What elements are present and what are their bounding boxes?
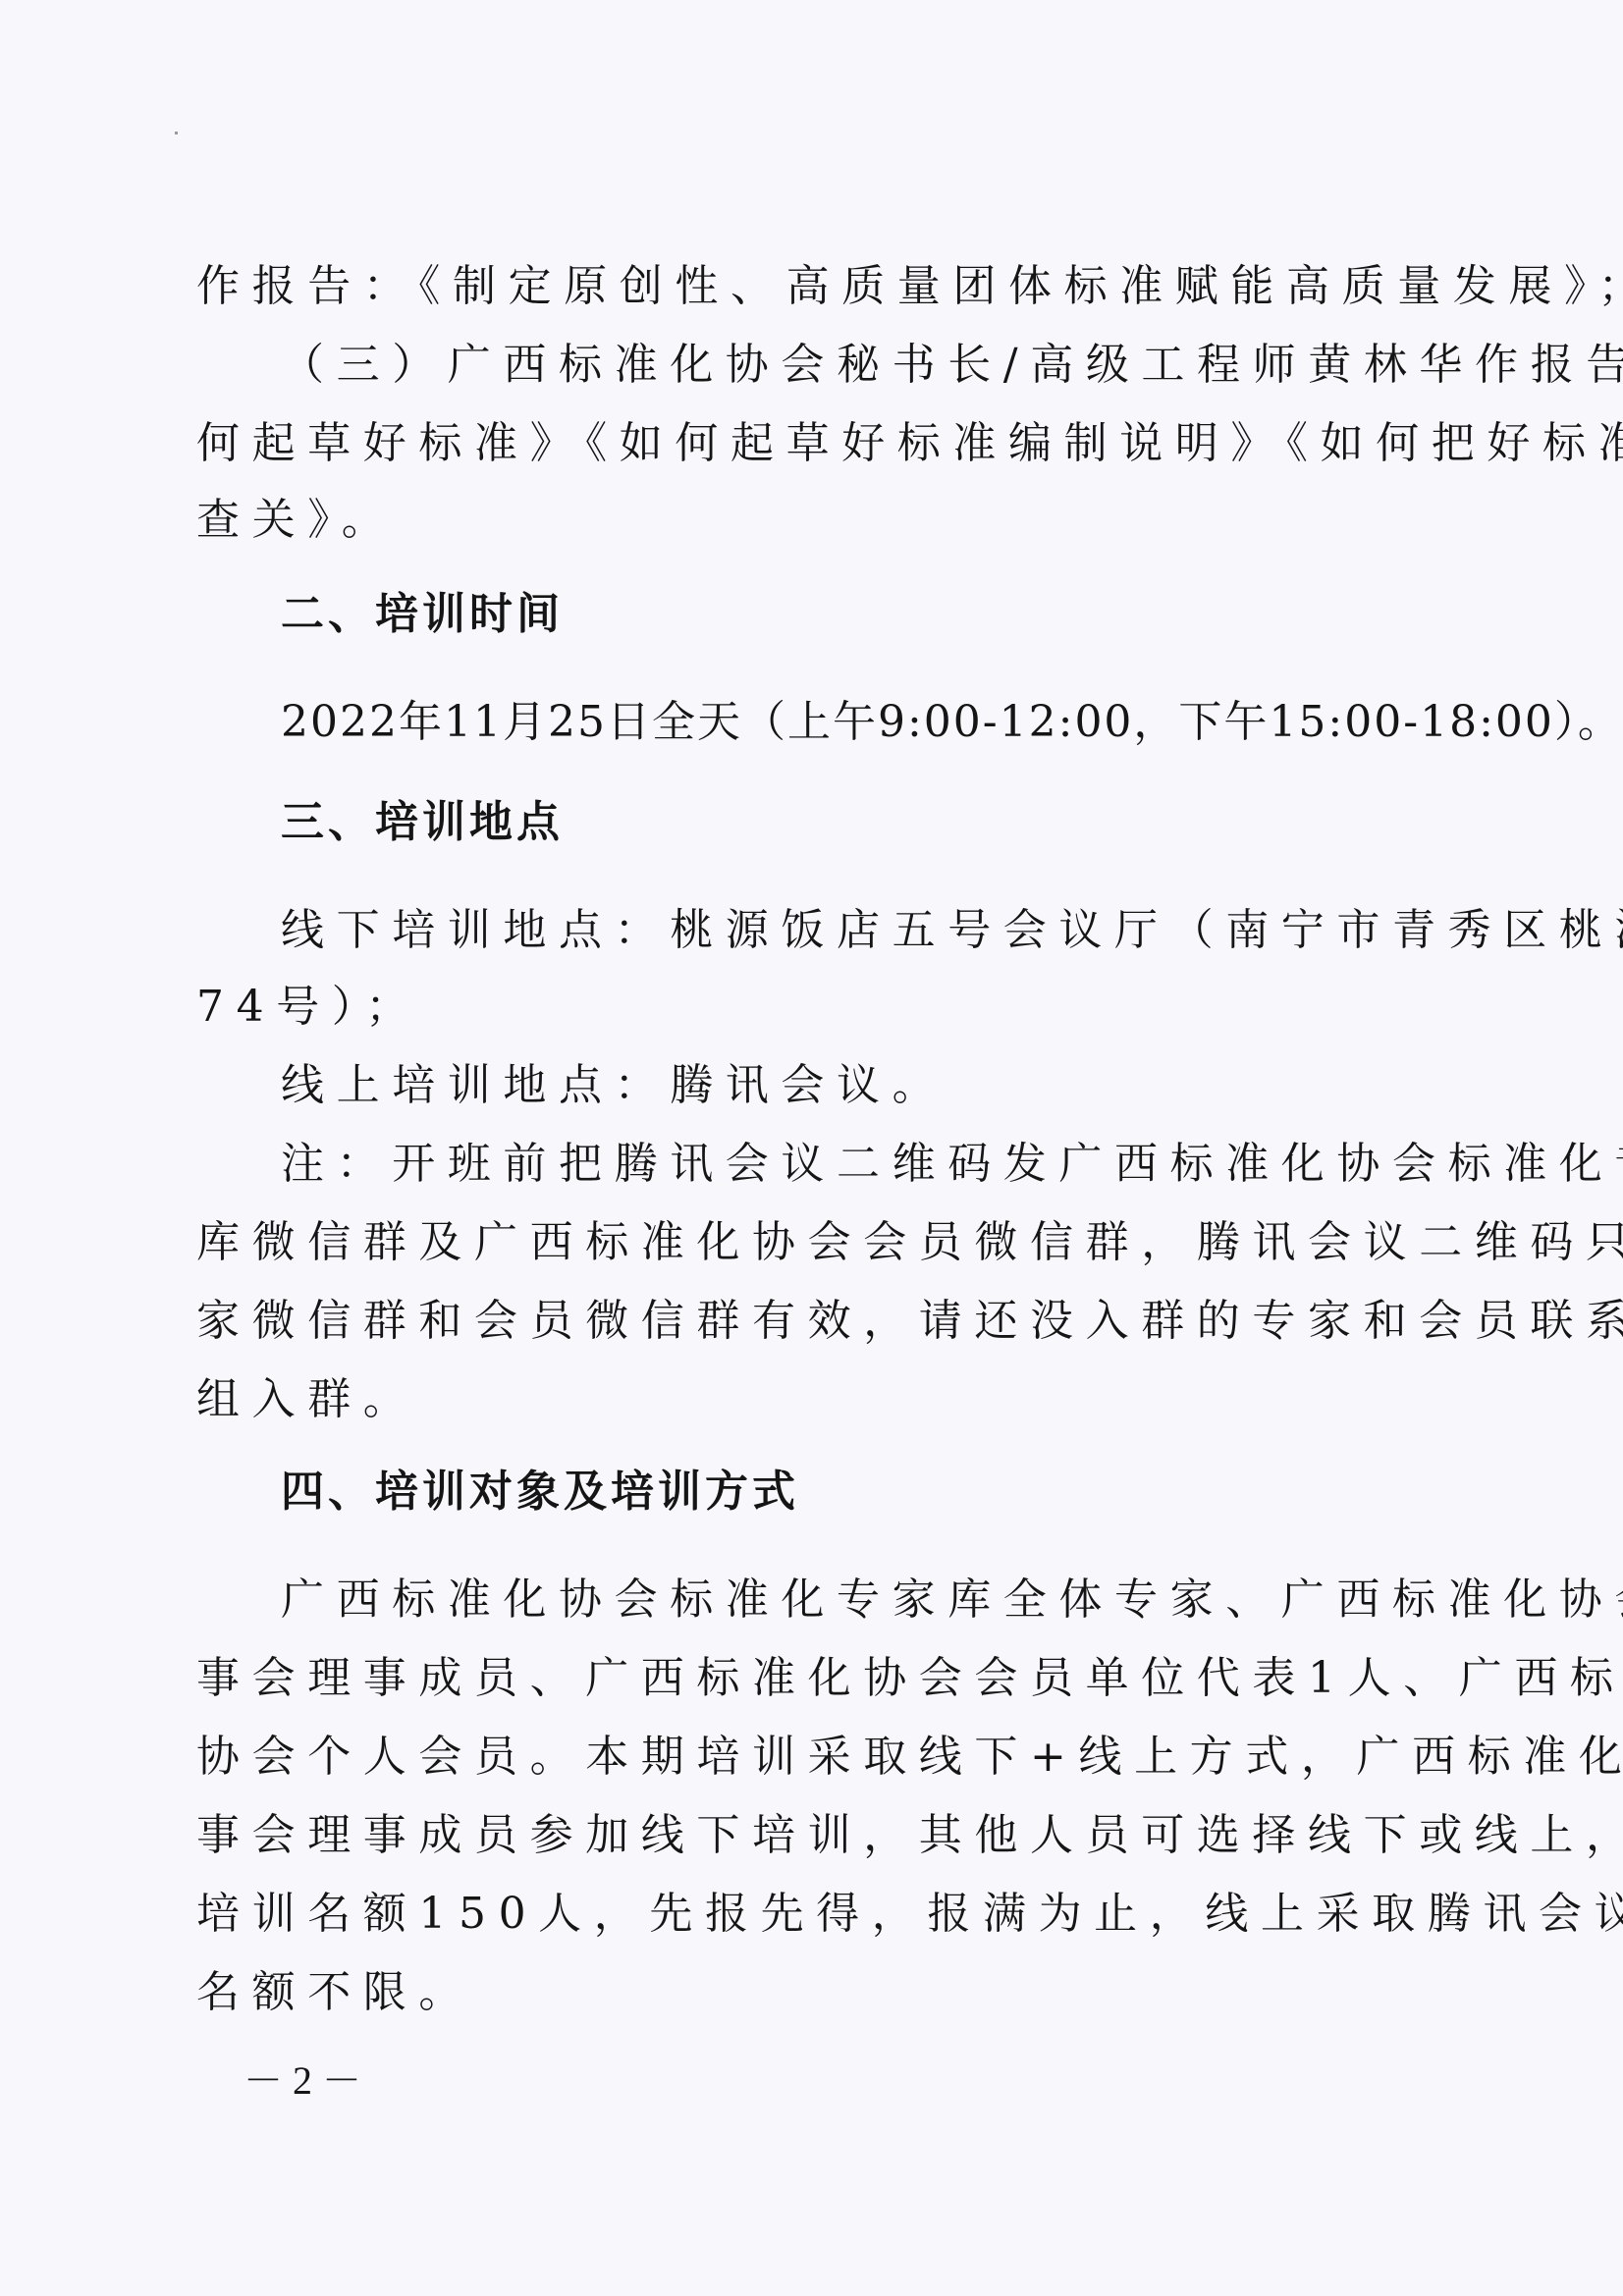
- paragraph-line: 查关》。: [196, 491, 397, 550]
- page-number: － 2 －: [243, 2052, 361, 2110]
- paragraph-line: 何起草好标准》《如何起草好标准编制说明》《如何把好标准审: [196, 414, 1623, 473]
- paragraph-line: 事会理事成员、广西标准化协会会员单位代表1人、广西标准化: [196, 1649, 1623, 1708]
- paragraph-line: 培训名额150人，先报先得，报满为止，线上采取腾讯会议方式，: [196, 1885, 1623, 1944]
- section-heading-training-time: 二、培训时间: [281, 585, 564, 644]
- note-line: 家微信群和会员微信群有效，请还没入群的专家和会员联系会务: [196, 1292, 1623, 1351]
- paragraph-line: 协会个人会员。本期培训采取线下+线上方式，广西标准化协会理: [196, 1728, 1623, 1787]
- scan-speck: [175, 132, 178, 134]
- paragraph-line: 事会理事成员参加线下培训，其他人员可选择线下或线上，线下: [196, 1806, 1623, 1865]
- note-line: 组入群。: [196, 1370, 418, 1429]
- paragraph-line: 线下培训地点：桃源饭店五号会议厅（南宁市青秀区桃源路: [281, 901, 1623, 960]
- paragraph-line: 作报告：《制定原创性、高质量团体标准赋能高质量发展》；: [196, 257, 1623, 316]
- paragraph-line: 名额不限。: [196, 1963, 474, 2022]
- note-line: 库微信群及广西标准化协会会员微信群，腾讯会议二维码只在专: [196, 1213, 1623, 1272]
- training-time-text: 2022年11月25日全天（上午9:00-12:00，下午15:00-18:00…: [281, 693, 1623, 752]
- section-heading-training-location: 三、培训地点: [281, 793, 564, 852]
- paragraph-line: 线上培训地点：腾讯会议。: [281, 1056, 947, 1115]
- note-line: 注：开班前把腾讯会议二维码发广西标准化协会标准化专家: [281, 1135, 1623, 1194]
- paragraph-line: 74号）；: [196, 978, 421, 1037]
- paragraph-line: （三）广西标准化协会秘书长/高级工程师黄林华作报告：《如: [281, 336, 1623, 395]
- section-heading-training-audience: 四、培训对象及培训方式: [281, 1463, 799, 1522]
- paragraph-line: 广西标准化协会标准化专家库全体专家、广西标准化协会理: [281, 1571, 1623, 1629]
